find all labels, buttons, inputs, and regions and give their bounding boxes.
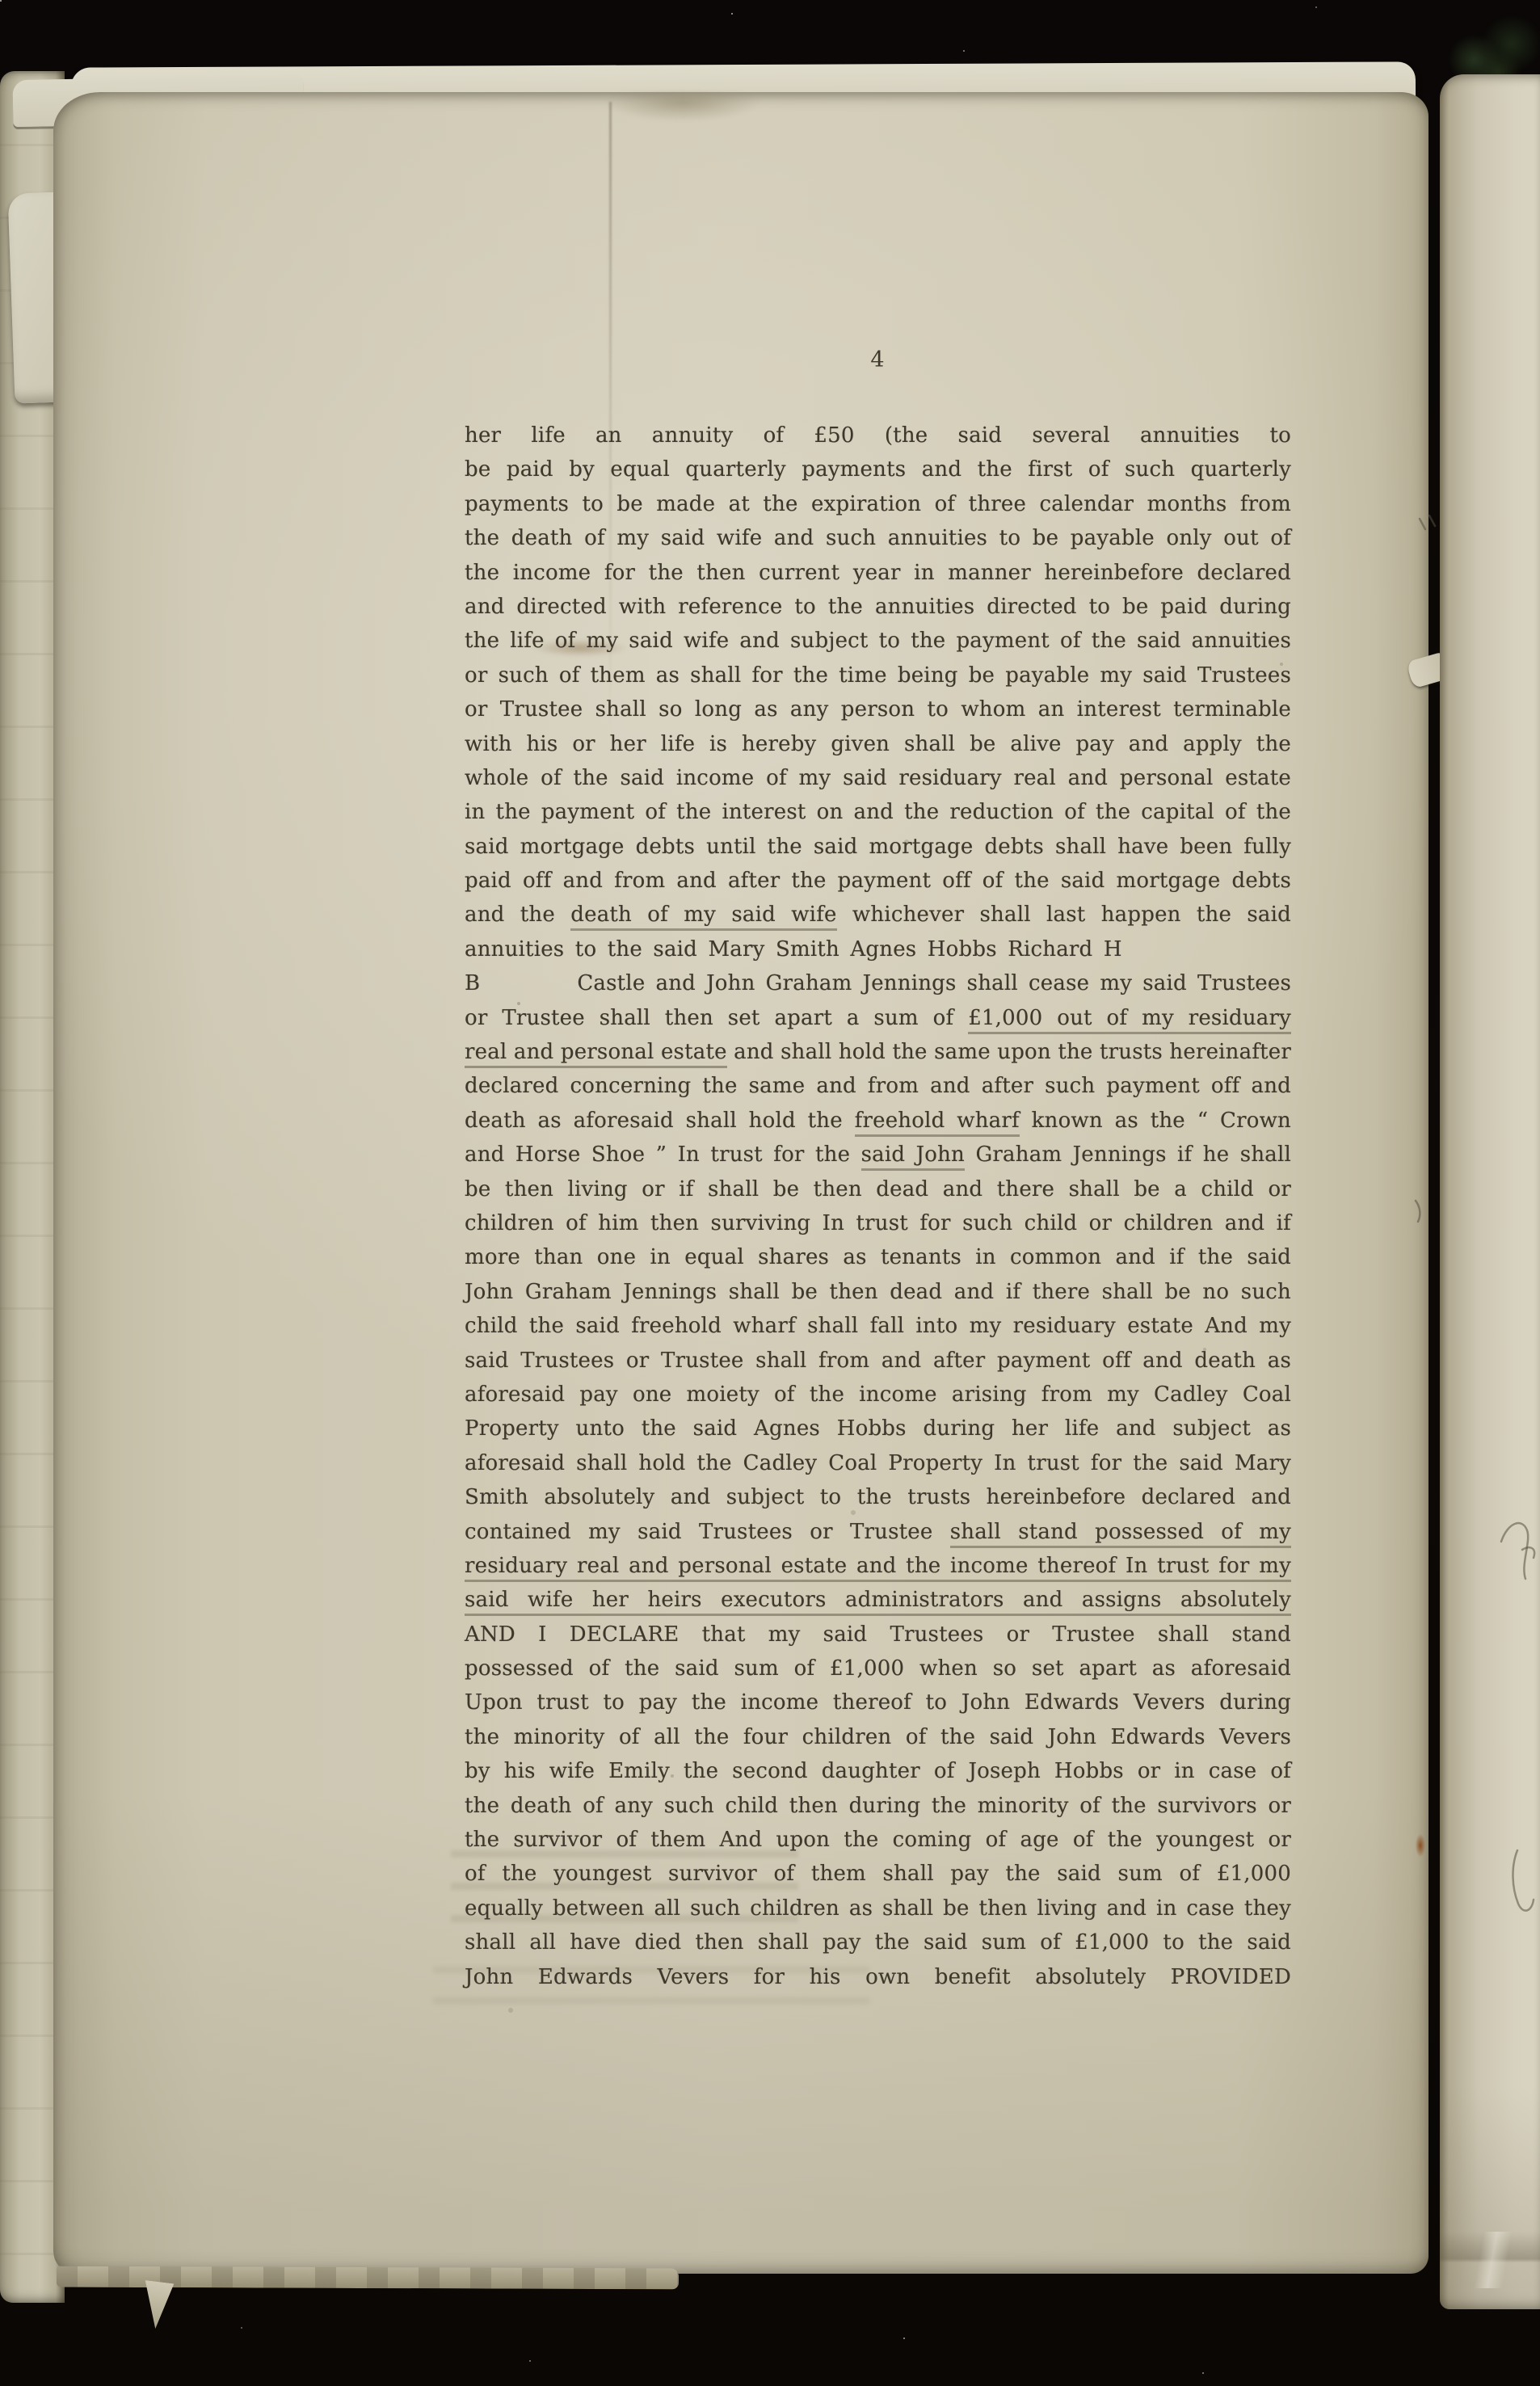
paper-stain (590, 92, 776, 128)
text-line: aforesaid pay one moiety of the income a… (465, 1378, 1291, 1412)
text-line: real and personal estate and shall hold … (465, 1035, 1291, 1069)
text-line: possessed of the said sum of £1,000 when… (465, 1652, 1291, 1685)
text-line: be paid by equal quarterly payments and … (465, 452, 1291, 486)
dust-specks (0, 0, 2, 2)
text-line: John Edwards Vevers for his own benefit … (465, 1960, 1291, 1994)
text-line: child the said freehold wharf shall fall… (465, 1309, 1291, 1343)
text-line: Upon trust to pay the income thereof to … (465, 1685, 1291, 1719)
text-line: or Trustee shall then set apart a sum of… (465, 1001, 1291, 1035)
text-line: paid off and from and after the payment … (465, 864, 1291, 898)
text-line: aforesaid shall hold the Cadley Coal Pro… (465, 1446, 1291, 1480)
text-line: equally between all such children as sha… (465, 1892, 1291, 1925)
text-line: by his wife Emily the second daughter of… (465, 1754, 1291, 1788)
text-line: contained my said Trustees or Trustee sh… (465, 1515, 1291, 1549)
text-line: said mortgage debts until the said mortg… (465, 830, 1291, 864)
text-line: said wife her heirs executors administra… (465, 1583, 1291, 1617)
page-fold (1440, 2232, 1540, 2288)
text-line: shall all have died then shall pay the s… (465, 1925, 1291, 1959)
text-line: her life an annuity of £50 (the said sev… (465, 419, 1291, 452)
text-line: and directed with reference to the annui… (465, 590, 1291, 624)
photographed-book-spread: 4 her life an annuity of £50 (the said s… (0, 0, 1540, 2386)
text-line: death as aforesaid shall hold the freeho… (465, 1104, 1291, 1138)
text-line: the death of my said wife and such annui… (465, 521, 1291, 555)
text-line: said Trustees or Trustee shall from and … (465, 1344, 1291, 1378)
text-line: in the payment of the interest on and th… (465, 795, 1291, 829)
text-line: more than one in equal shares as tenants… (465, 1240, 1291, 1274)
text-line: or Trustee shall so long as any person t… (465, 692, 1291, 726)
text-line: the death of any such child then during … (465, 1789, 1291, 1823)
paper-sliver (140, 2280, 175, 2330)
text-line: the income for the then current year in … (465, 556, 1291, 590)
text-line: payments to be made at the expiration of… (465, 487, 1291, 521)
text-line: children of him then surviving In trust … (465, 1206, 1291, 1240)
text-line: or such of them as shall for the time be… (465, 659, 1291, 692)
text-line: BCastle and John Graham Jennings shall c… (465, 966, 1291, 1000)
text-line: with his or her life is hereby given sha… (465, 727, 1291, 761)
binding-spot (1414, 1831, 1427, 1860)
next-page-edge (1440, 74, 1540, 2309)
document-page: 4 her life an annuity of £50 (the said s… (53, 92, 1428, 2274)
text-line: the life of my said wife and subject to … (465, 624, 1291, 658)
text-line: annuities to the said Mary Smith Agnes H… (465, 932, 1291, 966)
text-line: the survivor of them And upon the coming… (465, 1823, 1291, 1857)
text-line: the minority of all the four children of… (465, 1720, 1291, 1754)
text-line: declared concerning the same and from an… (465, 1069, 1291, 1103)
text-line: John Graham Jennings shall be then dead … (465, 1275, 1291, 1309)
text-line: be then living or if shall be then dead … (465, 1172, 1291, 1206)
text-line: AND I DECLARE that my said Trustees or T… (465, 1618, 1291, 1652)
text-line: Smith absolutely and subject to the trus… (465, 1480, 1291, 1514)
page-number: 4 (465, 347, 1291, 372)
text-line: and the death of my said wife whichever … (465, 898, 1291, 932)
text-line: whole of the said income of my said resi… (465, 761, 1291, 795)
text-lines: her life an annuity of £50 (the said sev… (465, 419, 1291, 1994)
text-line: and Horse Shoe ” In trust for the said J… (465, 1138, 1291, 1172)
text-line: of the youngest survivor of them shall p… (465, 1857, 1291, 1891)
text-line: residuary real and personal estate and t… (465, 1549, 1291, 1583)
text-line: Property unto the said Agnes Hobbs durin… (465, 1412, 1291, 1445)
